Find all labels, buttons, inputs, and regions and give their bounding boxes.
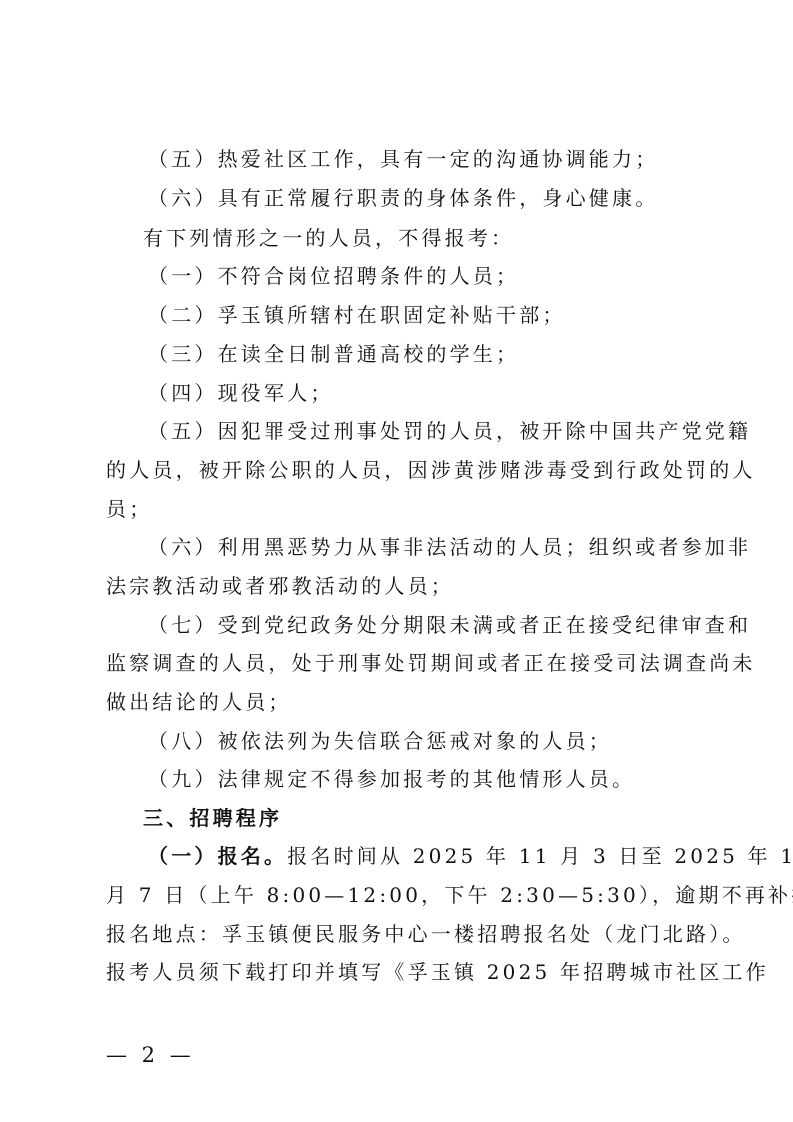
paragraph-line: 的人员，被开除公职的人员，因涉黄涉赌涉毒受到行政处罚的人 [106, 456, 756, 484]
paragraph-line: （七）受到党纪政务处分期限未满或者正在接受纪律审查和 [148, 611, 751, 639]
paragraph-line: 报考人员须下载打印并填写《孚玉镇 2025 年招聘城市社区工作 [106, 958, 769, 986]
line-text: 三、招聘程序 [143, 806, 282, 830]
page-number: — 2 — [106, 1043, 195, 1067]
line-text: （七）受到党纪政务处分期限未满或者正在接受纪律审查和 [148, 613, 751, 637]
paragraph-line: 做出结论的人员； [106, 688, 292, 716]
paragraph-line: （五）因犯罪受过刑事处罚的人员，被开除中国共产党党籍 [148, 417, 751, 445]
line-text: （八）被依法列为失信联合惩戒对象的人员； [148, 729, 612, 753]
line-text: 报名地点：孚玉镇便民服务中心一楼招聘报名处（龙门北路）。 [106, 922, 746, 946]
line-text: （五）因犯罪受过刑事处罚的人员，被开除中国共产党党籍 [148, 419, 751, 443]
line-text: （六）利用黑恶势力从事非法活动的人员；组织或者参加非 [148, 535, 751, 559]
paragraph-line: （六）具有正常履行职责的身体条件，身心健康。 [148, 184, 658, 212]
line-text: 做出结论的人员； [106, 690, 292, 714]
paragraph-line: （六）利用黑恶势力从事非法活动的人员；组织或者参加非 [148, 533, 751, 561]
line-text: 的人员，被开除公职的人员，因涉黄涉赌涉毒受到行政处罚的人 [106, 458, 756, 482]
paragraph-line: （一）不符合岗位招聘条件的人员； [148, 262, 519, 290]
inline-heading: （一）报名。 [148, 844, 287, 868]
paragraph-line: 月 7 日（上午 8:00—12:00，下午 2:30—5:30），逾期不再补报… [106, 881, 793, 909]
line-text: 员； [106, 497, 152, 521]
line-text: （五）热爱社区工作，具有一定的沟通协调能力； [148, 147, 658, 171]
line-text: 报考人员须下载打印并填写《孚玉镇 2025 年招聘城市社区工作 [106, 960, 769, 984]
paragraph-line: （一）报名。报名时间从 2025 年 11 月 3 日至 2025 年 11 [148, 842, 793, 870]
paragraph-line: （八）被依法列为失信联合惩戒对象的人员； [148, 727, 612, 755]
line-text: （一）不符合岗位招聘条件的人员； [148, 264, 519, 288]
line-text: 报名时间从 2025 年 11 月 3 日至 2025 年 11 [287, 844, 793, 868]
paragraph-line: 监察调查的人员，处于刑事处罚期间或者正在接受司法调查尚未 [106, 649, 756, 677]
line-text: （三）在读全日制普通高校的学生； [148, 342, 519, 366]
line-text: 法宗教活动或者邪教活动的人员； [106, 574, 454, 598]
paragraph-line: 员； [106, 495, 152, 523]
line-text: （六）具有正常履行职责的身体条件，身心健康。 [148, 186, 658, 210]
line-text: （二）孚玉镇所辖村在职固定补贴干部； [148, 303, 566, 327]
paragraph-line: （二）孚玉镇所辖村在职固定补贴干部； [148, 301, 566, 329]
paragraph-line: 报名地点：孚玉镇便民服务中心一楼招聘报名处（龙门北路）。 [106, 920, 746, 948]
line-text: 监察调查的人员，处于刑事处罚期间或者正在接受司法调查尚未 [106, 651, 756, 675]
paragraph-line: 有下列情形之一的人员，不得报考： [143, 224, 514, 252]
paragraph-line: （五）热爱社区工作，具有一定的沟通协调能力； [148, 145, 658, 173]
line-text: （九）法律规定不得参加报考的其他情形人员。 [148, 767, 635, 791]
paragraph-line: （九）法律规定不得参加报考的其他情形人员。 [148, 765, 635, 793]
paragraph-line: （三）在读全日制普通高校的学生； [148, 340, 519, 368]
paragraph-line: （四）现役军人； [148, 379, 334, 407]
paragraph-line: 法宗教活动或者邪教活动的人员； [106, 572, 454, 600]
section-heading: 三、招聘程序 [143, 804, 282, 832]
line-text: （四）现役军人； [148, 381, 334, 405]
line-text: 月 7 日（上午 8:00—12:00，下午 2:30—5:30），逾期不再补报… [106, 883, 793, 907]
line-text: 有下列情形之一的人员，不得报考： [143, 226, 514, 250]
